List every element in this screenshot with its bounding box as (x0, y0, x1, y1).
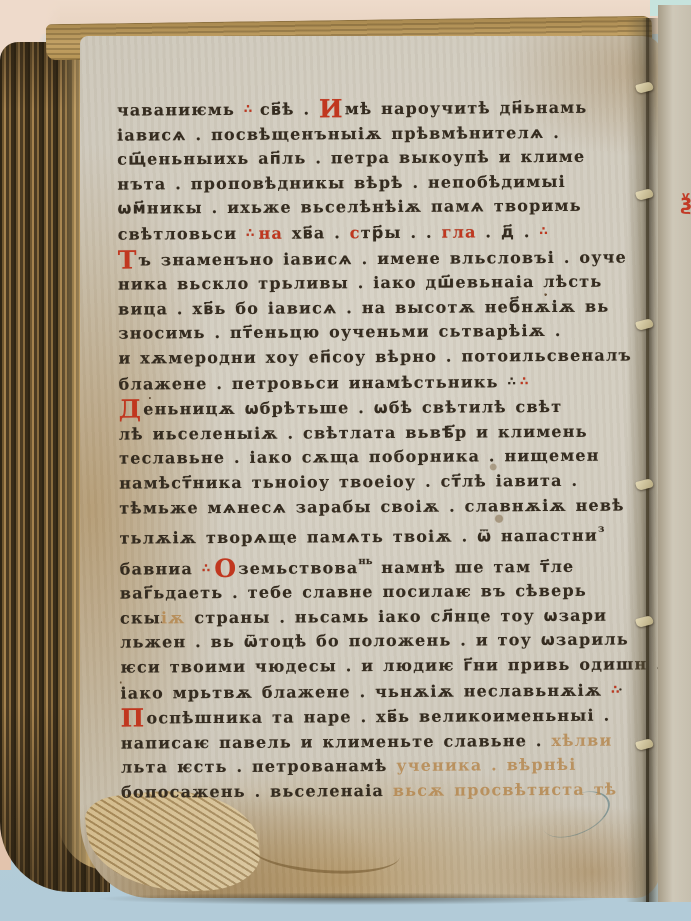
text-segment: іако мрьтвѫ блажене . чьнѫіѫ неславьнѫіѫ (120, 680, 611, 702)
rubric-initial: Т (118, 245, 138, 274)
text-segment: оспѣшника та наре . хв҃ь великоименьныі … (146, 706, 610, 728)
text-line: написаѥ павель и клименьте славьне . хѣл… (121, 728, 655, 756)
text-segment: намнѣ ше там т҃ле (372, 557, 574, 577)
text-segment: страны . ньсамь іако сл҃нце тоу ѡзари (186, 606, 608, 628)
text-segment: ѥси твоими чюдесы . и людиѥ г҃ни привь о… (120, 654, 663, 676)
rubric-initial: О (214, 554, 237, 583)
text-segment: хѣлви (551, 730, 612, 749)
rubric-ornament: ∴ (520, 374, 527, 388)
superscript-letter: з (598, 524, 604, 535)
text-segment: чаваниѥмь (117, 100, 244, 120)
facing-page-sliver: ѯ (658, 5, 691, 902)
text-segment: тр҃ы . . (361, 223, 442, 242)
text-line: лѣ иьселеныіѫ . свѣтлата вьвѣ҃р и климен… (119, 419, 653, 447)
gutter-crease (646, 18, 649, 902)
text-segment: написаѥ павель и клименьте славьне . (121, 731, 552, 753)
text-segment: ника вьскло трьливы . іако дш҃евьнаіа лѣ… (118, 272, 603, 294)
manuscript-text-block: чаваниѥмь ∴ св҃ѣ . Имѣ нароучитѣ дн҃ьнам… (117, 94, 655, 805)
text-segment: и хѫмеродни хоу еп҃соу вѣрно . потоильсв… (118, 345, 632, 367)
text-line: бопосажень . вьселенаіа вьсѫ просвѣтиста… (121, 777, 655, 805)
text-segment: льжен . вь ѿтоцѣ бо положень . и тоу ѡза… (120, 630, 629, 652)
superscript-letter: нь (358, 556, 372, 567)
text-segment: лѣ иьселеныіѫ . свѣтлата вьвѣ҃р и климен… (119, 421, 588, 443)
rubric-initial: П (121, 704, 146, 733)
text-line: тьлѫіѫ творѧще памѧть твоіѫ . ѿ напастни… (119, 517, 653, 551)
text-line: льта ѥсть . петрованамѣ ученика . вѣрнѣі (121, 753, 655, 781)
text-line: намѣст҃ника тьноіоу твоеіоу . ст҃лѣ іави… (119, 468, 653, 496)
text-line: Тъ знаменъно іависѧ . имене вльсловъі . … (118, 244, 652, 273)
text-segment: сщ҃еньныихь ап҃ль . петра выкоупѣ и клим… (117, 147, 585, 169)
facing-page-red-letter-fragment: ѯ (680, 190, 691, 216)
text-line: и хѫмеродни хоу еп҃соу вѣрно . потоильсв… (118, 343, 652, 371)
manuscript-photo: чаваниѥмь ∴ св҃ѣ . Имѣ нароучитѣ дн҃ьнам… (0, 0, 691, 921)
text-line: льжен . вь ѿтоцѣ бо положень . и тоу ѡза… (120, 628, 654, 656)
text-segment: іависѧ . посвѣщенъныіѫ прѣвмѣнителѧ . (117, 123, 560, 145)
text-segment: . д҃ . (477, 222, 540, 241)
text-segment: блажене . петровьси инамѣстьникь (119, 372, 508, 393)
text-segment: намѣст҃ника тьноіоу твоеіоу . ст҃лѣ іави… (119, 471, 578, 493)
text-segment: зносимь . пт҃еньцю оученьми сьтварѣіѫ . (118, 321, 561, 343)
text-segment: нъта . проповѣдникы вѣрѣ . непобѣдимыі (117, 172, 566, 194)
text-segment: скы (120, 608, 161, 627)
text-segment: свѣтловьси (118, 224, 246, 244)
rubric-ornament: ∴ (507, 374, 520, 388)
text-segment: мѣ нароучитѣ дн҃ьнамь (345, 98, 588, 118)
text-segment: вьсѫ просвѣтиста тѣ (393, 780, 618, 800)
text-line: ваг҃ьдаеть . тебе славне посилаѥ въ сѣве… (120, 579, 654, 607)
text-segment: ѡм҃никы . ихьже вьселѣнѣіѫ памѧ творимь (117, 196, 581, 218)
text-line: зносимь . пт҃еньцю оученьми сьтварѣіѫ . (118, 319, 652, 347)
text-line: сщ҃еньныихь ап҃ль . петра выкоупѣ и клим… (117, 145, 651, 173)
text-segment: ъ знаменъно іависѧ . имене вльсловъі . о… (139, 247, 627, 269)
text-line: ника вьскло трьливы . іако дш҃евьнаіа лѣ… (118, 270, 652, 298)
text-segment: бавниа (120, 559, 202, 579)
text-segment: с (350, 223, 361, 242)
text-segment: на (258, 224, 283, 243)
rubric-initial: Д (119, 395, 143, 424)
rubric-ornament: ∴ (202, 561, 215, 575)
text-line: іако мрьтвѫ блажене . чьнѫіѫ неславьнѫіѫ… (120, 677, 654, 706)
text-line: блажене . петровьси инамѣстьникь ∴ ∴ (119, 368, 653, 397)
text-segment: льта ѥсть . петрованамѣ (121, 756, 397, 777)
text-segment: св҃ѣ . (251, 99, 319, 118)
text-line: скыіѫ страны . ньсамь іако сл҃нце тоу ѡз… (120, 603, 654, 631)
text-segment: тьлѫіѫ творѧще памѧть твоіѫ . ѿ напастни (119, 526, 598, 548)
text-line: нъта . проповѣдникы вѣрѣ . непобѣдимыі (117, 169, 651, 197)
rubric-initial: И (319, 94, 344, 123)
text-line: вица . хв҃ь бо іависѧ . на высотѫ неб҃нѫ… (118, 294, 652, 322)
rubric-ornament: · (618, 682, 621, 696)
text-line: ѡм҃никы . ихьже вьселѣнѣіѫ памѧ творимь (117, 194, 651, 222)
rubric-ornament: ∴ (539, 224, 546, 238)
text-segment: бопосажень . вьселенаіа (121, 781, 393, 802)
text-line: бавниа ∴ Оземьствовань намнѣ ше там т҃ле (120, 548, 654, 582)
text-segment: тѣмьже мѧнесѧ зарабы своіѫ . славнѫіѫ не… (119, 495, 624, 517)
text-line: тѣмьже мѧнесѧ зарабы своіѫ . славнѫіѫ не… (119, 493, 653, 521)
text-segment: гла (442, 222, 477, 241)
text-line: ѥси твоими чюдесы . и людиѥ г҃ни привь о… (120, 652, 654, 680)
text-segment: хв҃а . (283, 223, 350, 242)
text-segment: теславьне . іако сѫща поборника . нищеме… (119, 446, 600, 468)
text-line: теславьне . іако сѫща поборника . нищеме… (119, 444, 653, 472)
text-line: свѣтловьси ∴ на хв҃а . стр҃ы . . гла . д… (118, 218, 652, 247)
text-line: чаваниѥмь ∴ св҃ѣ . Имѣ нароучитѣ дн҃ьнам… (117, 94, 651, 123)
text-segment: вица . хв҃ь бо іависѧ . на высотѫ неб҃нѫ… (118, 296, 609, 318)
rubric-ornament: ∴ (246, 226, 259, 240)
book-shadow (30, 893, 670, 907)
text-segment: ученика . вѣрнѣі (396, 755, 576, 775)
text-segment: земьствова (238, 558, 358, 578)
text-line: Деньницѫ ѡбрѣтьше . ѡбѣ свѣтилѣ свѣт (119, 393, 653, 422)
rubric-ornament: ∴ (611, 682, 618, 696)
text-segment: еньницѫ ѡбрѣтьше . ѡбѣ свѣтилѣ свѣт (143, 397, 562, 419)
text-segment: іѫ (161, 608, 186, 627)
text-segment: ваг҃ьдаеть . тебе славне посилаѥ въ сѣве… (120, 581, 587, 603)
text-line: іависѧ . посвѣщенъныіѫ прѣвмѣнителѧ . (117, 120, 651, 148)
text-line: Поспѣшника та наре . хв҃ь великоименьныі… (121, 703, 655, 732)
